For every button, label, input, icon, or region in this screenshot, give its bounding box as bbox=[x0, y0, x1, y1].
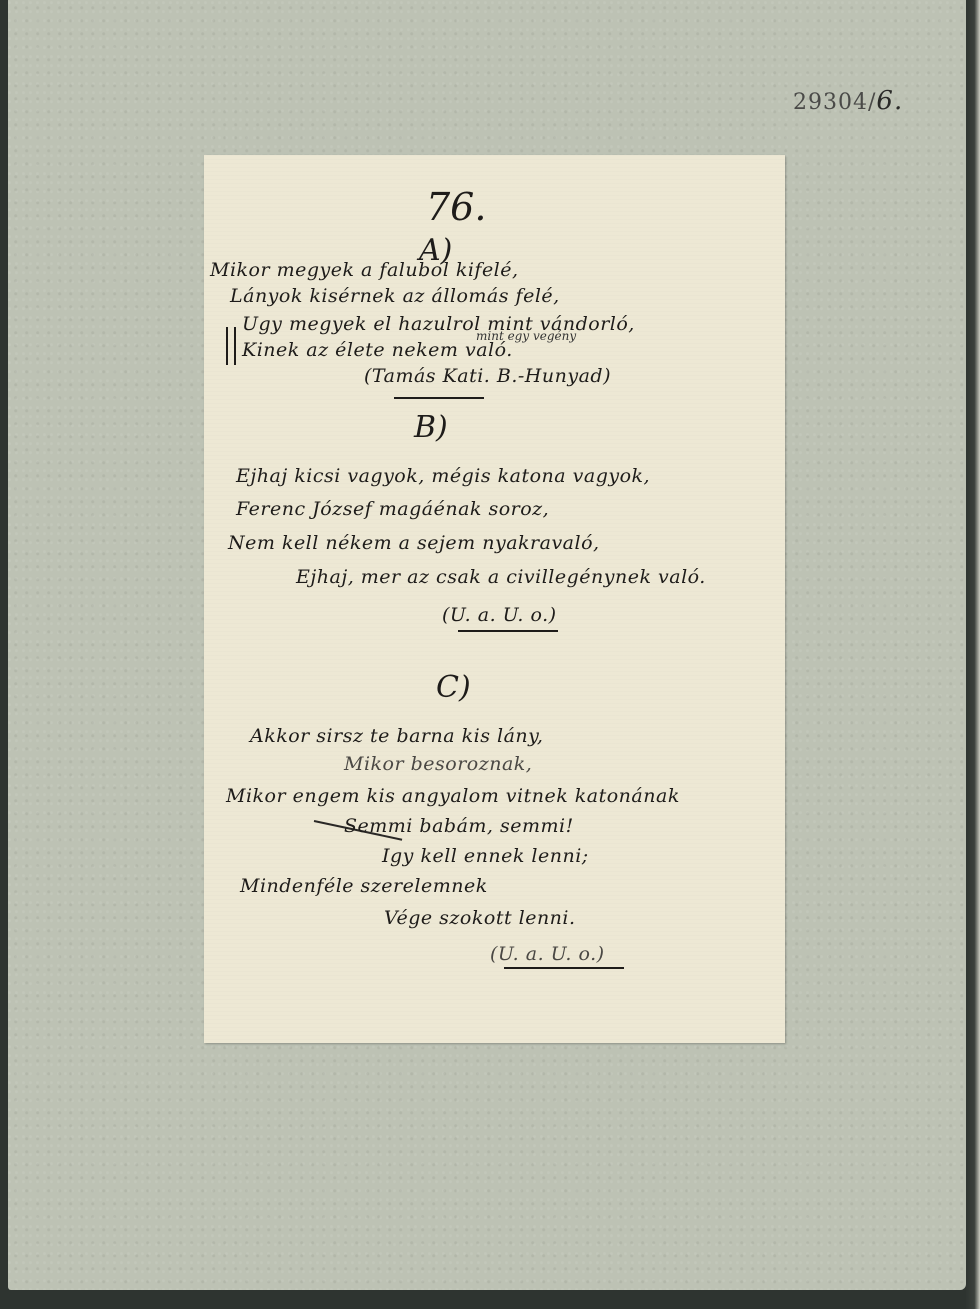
repeat-marker bbox=[226, 327, 236, 365]
section-a-line-2: Lányok kisérnek az állomás felé, bbox=[230, 285, 560, 307]
section-c-label: C) bbox=[436, 670, 471, 705]
section-c-divider bbox=[504, 967, 624, 969]
section-c-line-5: Igy kell ennek lenni; bbox=[382, 845, 589, 867]
section-b-line-3: Nem kell nékem a sejem nyakravaló, bbox=[228, 532, 600, 554]
section-c-line-7: Vége szokott lenni. bbox=[384, 907, 576, 929]
accession-number-suffix: 6. bbox=[876, 86, 903, 116]
section-c-line-6: Mindenféle szerelemnek bbox=[240, 875, 488, 897]
section-c-line-2: Mikor besoroznak, bbox=[344, 753, 532, 775]
item-number: 76. bbox=[426, 185, 486, 229]
section-b-line-4: Ejhaj, mer az csak a civillegénynek való… bbox=[296, 566, 706, 588]
section-a-divider bbox=[394, 397, 484, 399]
accession-number-main: 29304/ bbox=[793, 90, 876, 115]
accession-number: 29304/6. bbox=[793, 86, 903, 116]
section-c-line-3: Mikor engem kis angyalom vitnek katonána… bbox=[226, 785, 680, 807]
section-b-line-1: Ejhaj kicsi vagyok, mégis katona vagyok, bbox=[236, 465, 650, 487]
scan-edge bbox=[966, 0, 980, 1309]
section-c-source: (U. a. U. o.) bbox=[490, 943, 605, 965]
section-c-line-4: Semmi babám, semmi! bbox=[344, 815, 574, 837]
section-c-line-1: Akkor sirsz te barna kis lány, bbox=[250, 725, 543, 747]
section-a-source: (Tamás Kati. B.-Hunyad) bbox=[364, 365, 611, 387]
section-a-line-4: Kinek az élete nekem való. bbox=[242, 339, 513, 361]
section-b-divider bbox=[458, 630, 558, 632]
manuscript-page: 76. A) Mikor megyek a falubol kifelé, Lá… bbox=[204, 155, 785, 1043]
section-b-label: B) bbox=[414, 410, 448, 445]
section-b-line-2: Ferenc József magáénak soroz, bbox=[236, 498, 549, 520]
section-a-line-3: Ugy megyek el hazulrol mint vándorló, bbox=[242, 313, 635, 335]
section-b-source: (U. a. U. o.) bbox=[442, 604, 557, 626]
section-a-line-1: Mikor megyek a falubol kifelé, bbox=[210, 259, 519, 281]
